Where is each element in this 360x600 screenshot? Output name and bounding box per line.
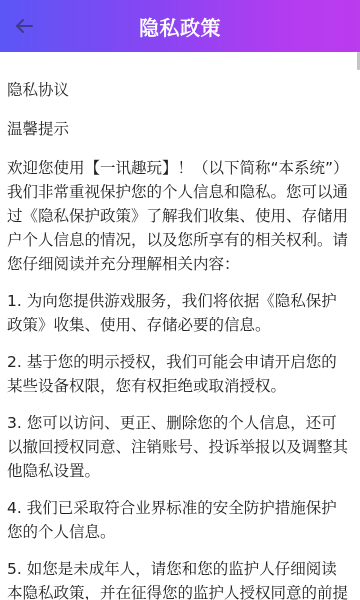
text-line: 政策》收集、使用、存储必要的信息。 <box>7 313 360 337</box>
back-button[interactable] <box>10 12 38 40</box>
policy-item-5: 5. 如您是未成年人，请您和您的监护人仔细阅读 本隐私政策，并在征得您的监护人授… <box>7 557 360 600</box>
text-line: 4. 我们已采取符合业界标准的安全防护措施保护 <box>7 496 360 520</box>
policy-heading: 隐私协议 <box>7 78 360 102</box>
policy-content[interactable]: 隐私协议 温馨提示 欢迎您使用【一讯趣玩】！（以下简称“本系统”） 我们非常重视… <box>0 52 360 600</box>
text-line: 欢迎您使用【一讯趣玩】！（以下简称“本系统”） <box>7 156 360 180</box>
text-line: 以撤回授权同意、注销账号、投诉举报以及调整其 <box>7 435 360 459</box>
policy-item-3: 3. 您可以访问、更正、删除您的个人信息，还可 以撤回授权同意、注销账号、投诉举… <box>7 411 360 483</box>
text-line: 过《隐私保护政策》了解我们收集、使用、存储用 <box>7 204 360 228</box>
policy-item-1: 1. 为向您提供游戏服务，我们将依据《隐私保护 政策》收集、使用、存储必要的信息… <box>7 289 360 337</box>
text-line: 本隐私政策，并在征得您的监护人授权同意的前提 <box>7 581 360 600</box>
text-line: 2. 基于您的明示授权，我们可能会申请开启您的 <box>7 350 360 374</box>
text-line: 我们非常重视保护您的个人信息和隐私。您可以通 <box>7 180 360 204</box>
text-line: 您的个人信息。 <box>7 520 360 544</box>
intro-paragraph: 欢迎您使用【一讯趣玩】！（以下简称“本系统”） 我们非常重视保护您的个人信息和隐… <box>7 156 360 276</box>
text-line: 户个人信息的情况，以及您所享有的相关权利。请 <box>7 228 360 252</box>
policy-subheading: 温馨提示 <box>7 117 360 141</box>
text-line: 3. 您可以访问、更正、删除您的个人信息，还可 <box>7 411 360 435</box>
text-line: 1. 为向您提供游戏服务，我们将依据《隐私保护 <box>7 289 360 313</box>
arrow-left-icon <box>14 18 34 34</box>
text-line: 5. 如您是未成年人，请您和您的监护人仔细阅读 <box>7 557 360 581</box>
text-line: 某些设备权限，您有权拒绝或取消授权。 <box>7 374 360 398</box>
text-line: 您仔细阅读并充分理解相关内容： <box>7 252 360 276</box>
app-header: 隐私政策 <box>0 0 360 52</box>
page-title: 隐私政策 <box>139 12 221 41</box>
policy-item-4: 4. 我们已采取符合业界标准的安全防护措施保护 您的个人信息。 <box>7 496 360 544</box>
policy-item-2: 2. 基于您的明示授权，我们可能会申请开启您的 某些设备权限，您有权拒绝或取消授… <box>7 350 360 398</box>
text-line: 他隐私设置。 <box>7 459 360 483</box>
